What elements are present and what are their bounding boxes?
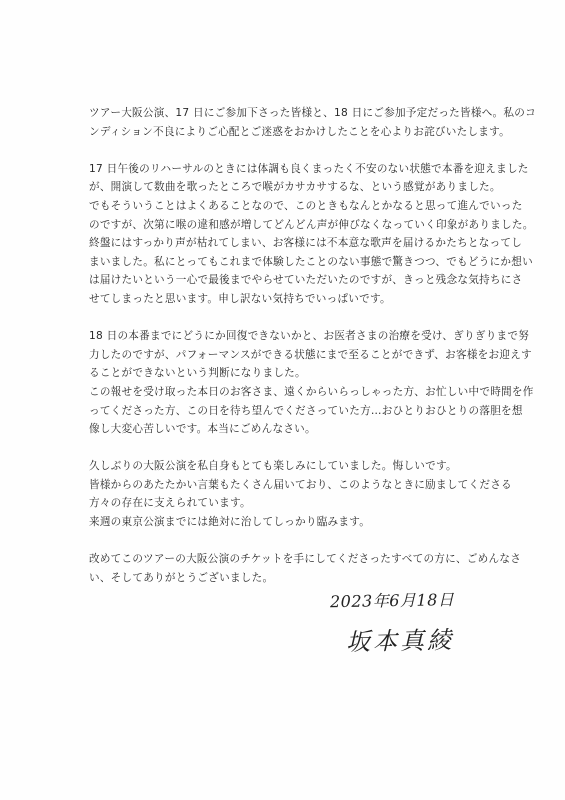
paragraph-closing: 改めてこのツアーの大阪公演のチケットを手にしてくださったすべての方に、ごめんなさ… [89,550,485,587]
paragraph-feelings: 久しぶりの大阪公演を私自身もとても楽しみにしていました。悔しいです。 皆様からの… [89,457,485,531]
text-line: 皆様からのあたたかい言葉もたくさん届いており、このようなときに励ましてくださる [89,476,485,495]
text-line: ることができないという判断になりました。 [89,364,485,383]
text-line: 17 日午後のリハーサルのときには体調も良くまったく不安のない状態で本番を迎えま… [89,160,485,179]
text-line: 改めてこのツアーの大阪公演のチケットを手にしてくださったすべての方に、ごめんなさ [89,550,485,569]
text-line: 来週の東京公演までには絶対に治してしっかり臨みます。 [89,513,485,532]
signature-date: 2023年6月18日 [330,587,470,612]
letter-page: ツアー大阪公演、17 日にご参加下さった皆様と、18 日にご参加予定だった皆様へ… [0,0,565,800]
text-line: は届けたいという一心で最後までやらせていただいたのですが、きっと残念な気持ちにさ [89,271,485,290]
text-line: ツアー大阪公演、17 日にご参加下さった皆様と、18 日にご参加予定だった皆様へ… [89,104,485,123]
text-line: 久しぶりの大阪公演を私自身もとても楽しみにしていました。悔しいです。 [89,457,485,476]
text-line: ンディション不良によりご心配とご迷惑をおかけしたことを心よりお詫びいたします。 [89,123,485,142]
text-line: 方々の存在に支えられています。 [89,494,485,513]
text-line: ってくださった方、この日を待ち望んでくださっていた方…おひとりおひとりの落胆を想 [89,402,485,421]
signature-name: 坂本真綾 [346,620,471,657]
text-line: のですが、次第に喉の違和感が増してどんどん声が伸びなくなっていく印象がありました… [89,216,485,235]
text-line: この報せを受け取った本日のお客さま、遠くからいらっしゃった方、お忙しい中で時間を… [89,383,485,402]
text-line: い、そしてありがとうございました。 [89,569,485,588]
letter-body: ツアー大阪公演、17 日にご参加下さった皆様と、18 日にご参加予定だった皆様へ… [89,104,485,606]
text-line: 力したのですが、パフォーマンスができる状態にまで至ることができず、お客様をお迎え… [89,346,485,365]
text-line: 18 日の本番までにどうにか回復できないかと、お医者さまの治療を受け、ぎりぎりま… [89,327,485,346]
text-line: 像し大変心苦しいです。本当にごめんなさい。 [89,420,485,439]
text-line: が、開演して数曲を歌ったところで喉がカサカサするな、という感覚がありました。 [89,178,485,197]
paragraph-cancellation: 18 日の本番までにどうにか回復できないかと、お医者さまの治療を受け、ぎりぎりま… [89,327,485,439]
text-line: まいました。私にとってもこれまで体験したことのない事態で驚きつつ、でもどうにか想… [89,253,485,272]
text-line: せてしまったと思います。申し訳ない気持ちでいっぱいです。 [89,290,485,309]
paragraph-rehearsal-account: 17 日午後のリハーサルのときには体調も良くまったく不安のない状態で本番を迎えま… [89,160,485,309]
handwritten-signature: 2023年6月18日 坂本真綾 [330,588,470,656]
text-line: 終盤にはすっかり声が枯れてしまい、お客様には不本意な歌声を届けるかたちとなってし [89,234,485,253]
text-line: でもそういうことはよくあることなので、このときもなんとかなると思って進んでいった [89,197,485,216]
paragraph-apology-intro: ツアー大阪公演、17 日にご参加下さった皆様と、18 日にご参加予定だった皆様へ… [89,104,485,141]
